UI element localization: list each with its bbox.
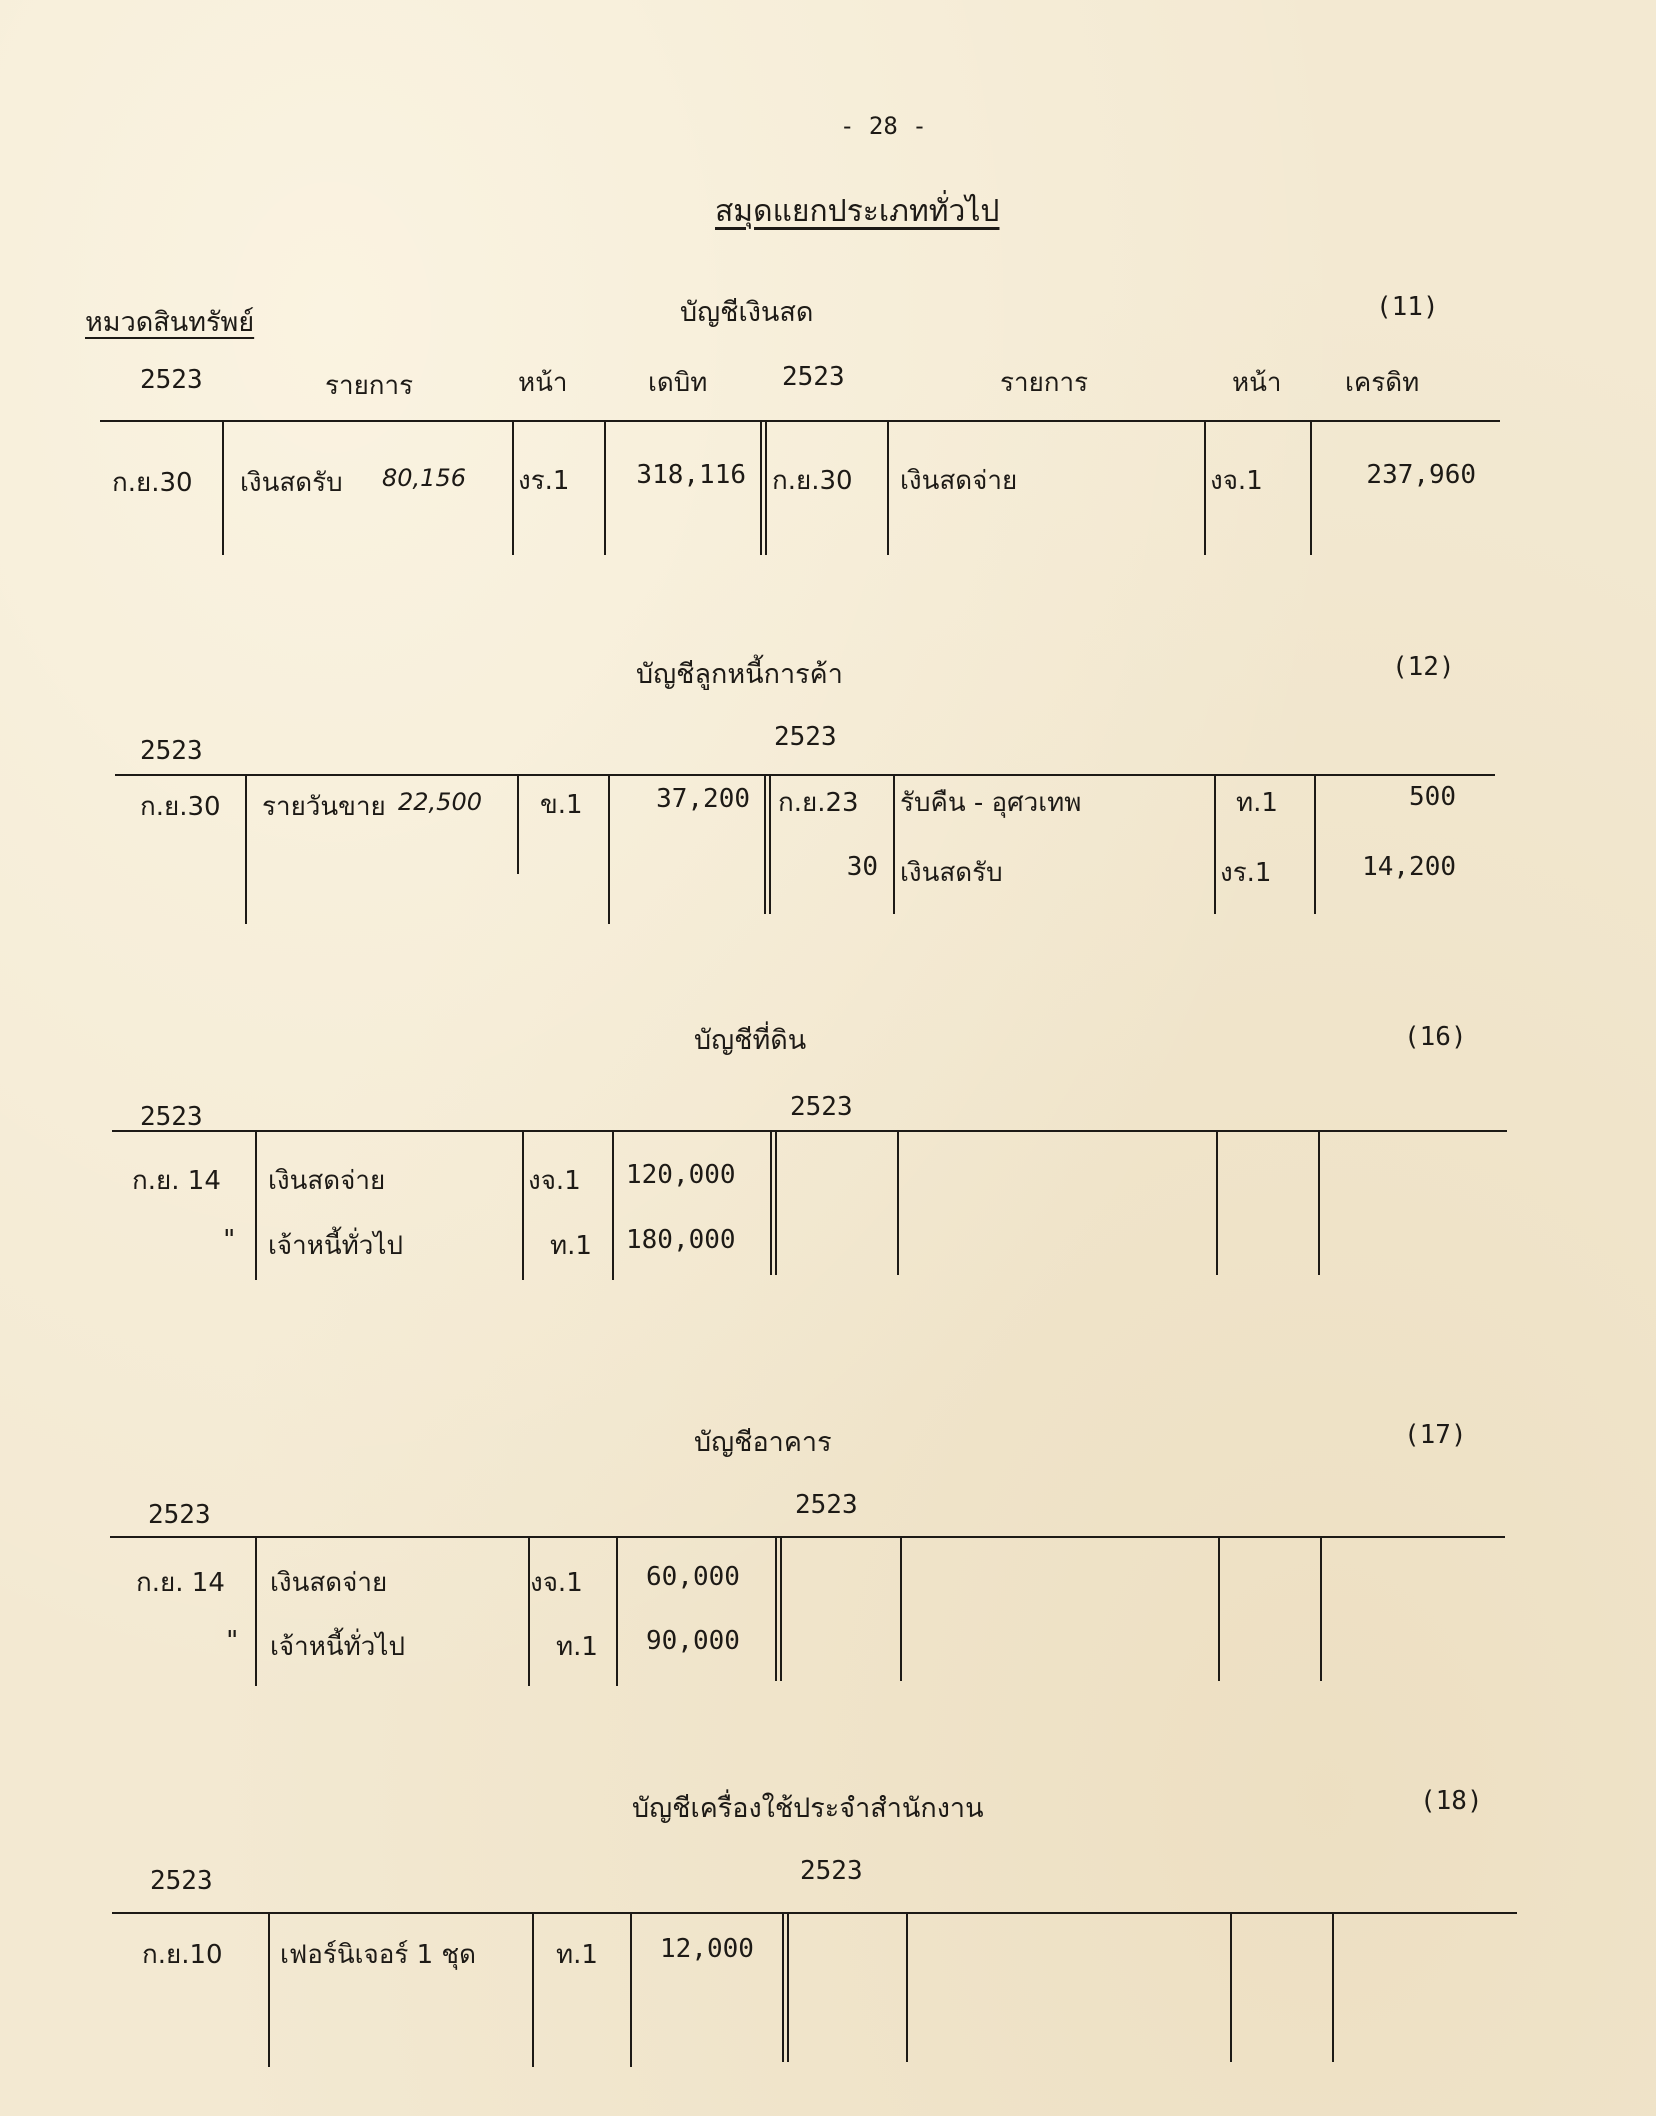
- entry-date: 30: [778, 852, 878, 882]
- column-year-left: 2523: [140, 736, 203, 766]
- entry-ref: งร.1: [1220, 852, 1271, 893]
- column-divider: [897, 1130, 899, 1275]
- column-description-right: รายการ: [1000, 362, 1088, 403]
- center-double-divider: [770, 1130, 777, 1275]
- column-page-right: หน้า: [1232, 362, 1282, 403]
- account-title: บัญชีเครื่องใช้ประจำสำนักงาน: [632, 1786, 984, 1829]
- entry-ref: ท.1: [1236, 782, 1278, 823]
- entry-description: เจ้าหนี้ทั่วไป: [268, 1225, 403, 1266]
- account-number: (18): [1420, 1786, 1483, 1816]
- account-number: (16): [1404, 1022, 1467, 1052]
- center-double-divider: [760, 420, 767, 555]
- column-year-right: 2523: [790, 1092, 853, 1122]
- header-rule: [112, 1130, 1507, 1132]
- entry-description: เงินสดจ่าย: [900, 460, 1017, 501]
- center-double-divider: [775, 1536, 782, 1681]
- column-year-right: 2523: [795, 1490, 858, 1520]
- entry-amount: 12,000: [660, 1934, 754, 1964]
- column-divider: [1318, 1130, 1320, 1275]
- entry-amount: 14,200: [1320, 852, 1456, 882]
- entry-description: เฟอร์นิเจอร์ 1 ชุด: [280, 1934, 476, 1975]
- column-page-left: หน้า: [518, 362, 568, 403]
- category-heading: หมวดสินทรัพย์: [85, 300, 254, 343]
- account-title: บัญชีเงินสด: [680, 290, 813, 333]
- entry-date: ก.ย. 14: [132, 1160, 221, 1201]
- column-divider: [608, 774, 610, 924]
- column-year-left: 2523: [140, 365, 203, 395]
- entry-ref: ท.1: [556, 1934, 598, 1975]
- entry-date: ก.ย.30: [772, 460, 853, 501]
- entry-amount: 120,000: [626, 1160, 736, 1190]
- column-year-left: 2523: [150, 1866, 213, 1896]
- header-rule: [110, 1536, 1505, 1538]
- column-divider: [1320, 1536, 1322, 1681]
- column-divider: [604, 420, 606, 555]
- entry-date-ditto: ": [136, 1626, 240, 1656]
- column-divider: [630, 1912, 632, 2067]
- entry-description: เงินสดจ่าย: [268, 1160, 385, 1201]
- column-description-left: รายการ: [325, 365, 413, 406]
- entry-amount: 500: [1320, 782, 1456, 812]
- column-divider: [512, 420, 514, 555]
- document-title: สมุดแยกประเภททั่วไป: [715, 188, 999, 235]
- column-year-left: 2523: [148, 1500, 211, 1530]
- center-double-divider: [782, 1912, 789, 2062]
- account-title: บัญชีอาคาร: [694, 1420, 832, 1463]
- entry-date-ditto: ": [132, 1225, 237, 1255]
- column-year-right: 2523: [782, 362, 845, 392]
- column-divider: [255, 1536, 257, 1686]
- column-divider: [900, 1536, 902, 1681]
- column-divider: [255, 1130, 257, 1280]
- handwritten-note: 22,500: [398, 788, 482, 816]
- column-year-left: 2523: [140, 1102, 203, 1132]
- column-divider: [612, 1130, 614, 1280]
- entry-amount: 90,000: [646, 1626, 740, 1656]
- column-divider: [528, 1536, 530, 1686]
- entry-ref: งจ.1: [1210, 460, 1263, 501]
- column-debit: เดบิท: [648, 362, 707, 403]
- entry-amount: 60,000: [646, 1562, 740, 1592]
- column-divider: [1230, 1912, 1232, 2062]
- column-year-right: 2523: [774, 722, 837, 752]
- entry-description: รับคืน - อุศวเทพ: [900, 782, 1081, 823]
- column-divider: [1314, 774, 1316, 914]
- entry-ref: งจ.1: [528, 1160, 581, 1201]
- entry-description: เงินสดจ่าย: [270, 1562, 387, 1603]
- column-divider: [616, 1536, 618, 1686]
- entry-ref: ท.1: [556, 1626, 598, 1667]
- entry-ref: ท.1: [550, 1225, 592, 1266]
- column-divider: [522, 1130, 524, 1280]
- column-divider: [1204, 420, 1206, 555]
- account-number: (11): [1376, 292, 1439, 322]
- entry-amount: 318,116: [608, 460, 746, 490]
- column-divider: [893, 774, 895, 914]
- column-year-right: 2523: [800, 1856, 863, 1886]
- entry-description: เงินสดรับ: [900, 852, 1003, 893]
- column-divider: [906, 1912, 908, 2062]
- column-divider: [268, 1912, 270, 2067]
- entry-date: ก.ย. 14: [136, 1562, 225, 1603]
- column-divider: [887, 420, 889, 555]
- account-title: บัญชีลูกหนี้การค้า: [636, 652, 843, 695]
- entry-date: ก.ย.30: [140, 786, 221, 827]
- handwritten-note: 80,156: [382, 464, 466, 492]
- entry-date: ก.ย.10: [142, 1934, 223, 1975]
- column-divider: [517, 774, 519, 874]
- header-rule: [112, 1912, 1517, 1914]
- account-number: (17): [1404, 1420, 1467, 1450]
- entry-amount: 180,000: [626, 1225, 736, 1255]
- entry-date: ก.ย.30: [112, 462, 193, 503]
- column-divider: [222, 420, 224, 555]
- center-double-divider: [764, 774, 771, 914]
- entry-ref: งจ.1: [530, 1562, 583, 1603]
- column-divider: [1214, 774, 1216, 914]
- column-divider: [1310, 420, 1312, 555]
- entry-ref: ข.1: [540, 784, 583, 825]
- page-number: - 28 -: [840, 112, 927, 140]
- column-divider: [1332, 1912, 1334, 2062]
- column-divider: [1216, 1130, 1218, 1275]
- header-rule: [100, 420, 1500, 422]
- account-title: บัญชีที่ดิน: [694, 1018, 806, 1061]
- entry-date: ก.ย.23: [778, 782, 859, 823]
- entry-description: รายวันขาย: [262, 786, 386, 827]
- entry-amount: 37,200: [612, 784, 750, 814]
- account-number: (12): [1392, 652, 1455, 682]
- entry-amount: 237,960: [1316, 460, 1476, 490]
- column-divider: [532, 1912, 534, 2067]
- entry-description: เจ้าหนี้ทั่วไป: [270, 1626, 405, 1667]
- column-credit: เครดิท: [1345, 362, 1419, 403]
- entry-description: เงินสดรับ: [240, 462, 343, 503]
- entry-ref: งร.1: [518, 460, 569, 501]
- header-rule: [115, 774, 1495, 776]
- column-divider: [245, 774, 247, 924]
- column-divider: [1218, 1536, 1220, 1681]
